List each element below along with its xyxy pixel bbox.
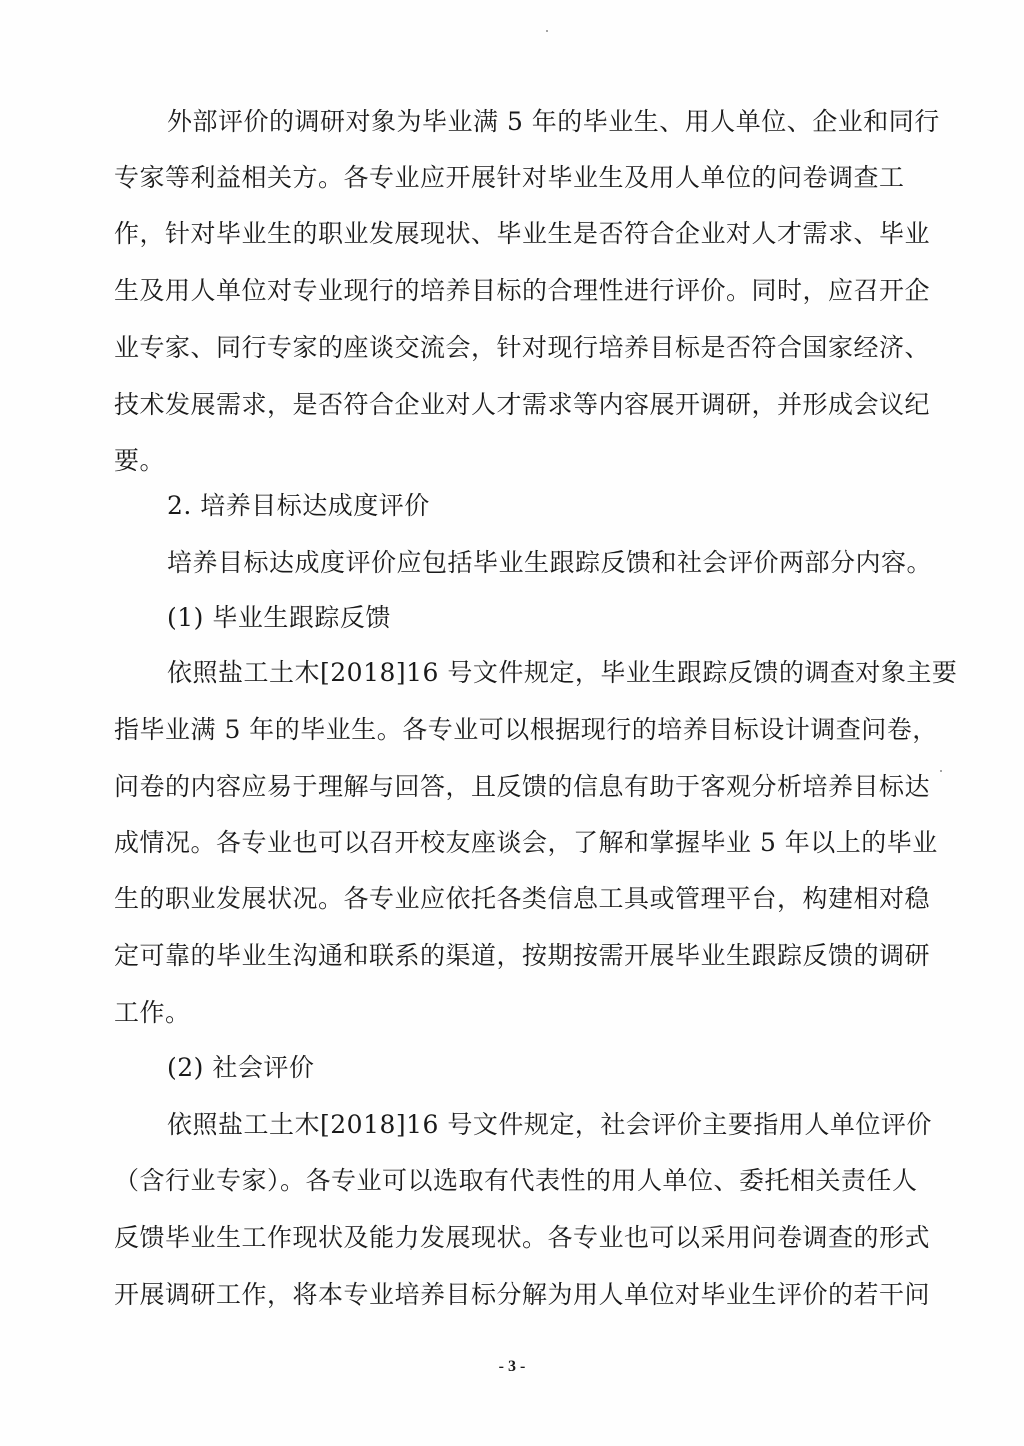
text-line: 生的职业发展状况。各专业应依托各类信息工具或管理平台，构建相对稳 — [114, 879, 904, 919]
text-line: 外部评价的调研对象为毕业满 5 年的毕业生、用人单位、企业和同行 — [167, 102, 904, 142]
document-page: 外部评价的调研对象为毕业满 5 年的毕业生、用人单位、企业和同行 专家等利益相关… — [0, 0, 1024, 1446]
text-line: 成情况。各专业也可以召开校友座谈会，了解和掌握毕业 5 年以上的毕业 — [114, 823, 904, 863]
text-line: 问卷的内容应易于理解与回答，且反馈的信息有助于客观分析培养目标达 — [114, 767, 904, 807]
text-line: （含行业专家）。各专业可以选取有代表性的用人单位、委托相关责任人 — [114, 1161, 904, 1201]
text-line: 工作。 — [114, 993, 904, 1033]
text-line: 要。 — [114, 441, 904, 481]
text-line: 反馈毕业生工作现状及能力发展现状。各专业也可以采用问卷调查的形式 — [114, 1218, 904, 1258]
section-heading: 2. 培养目标达成度评价 — [167, 486, 904, 526]
text-line: 专家等利益相关方。各专业应开展针对毕业生及用人单位的问卷调查工 — [114, 158, 904, 198]
subsection-heading: (1) 毕业生跟踪反馈 — [167, 598, 904, 638]
text-line: 培养目标达成度评价应包括毕业生跟踪反馈和社会评价两部分内容。 — [167, 543, 904, 583]
text-line: 依照盐工土木[2018]16 号文件规定，社会评价主要指用人单位评价 — [167, 1105, 904, 1145]
text-line: 依照盐工土木[2018]16 号文件规定，毕业生跟踪反馈的调查对象主要 — [167, 653, 904, 693]
text-line: 技术发展需求，是否符合企业对人才需求等内容展开调研，并形成会议纪 — [114, 385, 904, 425]
scan-speck — [546, 30, 548, 32]
text-line: 作，针对毕业生的职业发展现状、毕业生是否符合企业对人才需求、毕业 — [114, 214, 904, 254]
text-line: 指毕业满 5 年的毕业生。各专业可以根据现行的培养目标设计调查问卷， — [114, 710, 904, 750]
scan-speck — [410, 1248, 412, 1250]
text-line: 生及用人单位对专业现行的培养目标的合理性进行评价。同时，应召开企 — [114, 271, 904, 311]
text-line: 开展调研工作，将本专业培养目标分解为用人单位对毕业生评价的若干问 — [114, 1275, 904, 1315]
text-line: 定可靠的毕业生沟通和联系的渠道，按期按需开展毕业生跟踪反馈的调研 — [114, 936, 904, 976]
subsection-heading: (2) 社会评价 — [167, 1048, 904, 1088]
text-line: 业专家、同行专家的座谈交流会，针对现行培养目标是否符合国家经济、 — [114, 328, 904, 368]
scan-speck — [940, 770, 942, 772]
page-number: - 3 - — [0, 1358, 1024, 1376]
